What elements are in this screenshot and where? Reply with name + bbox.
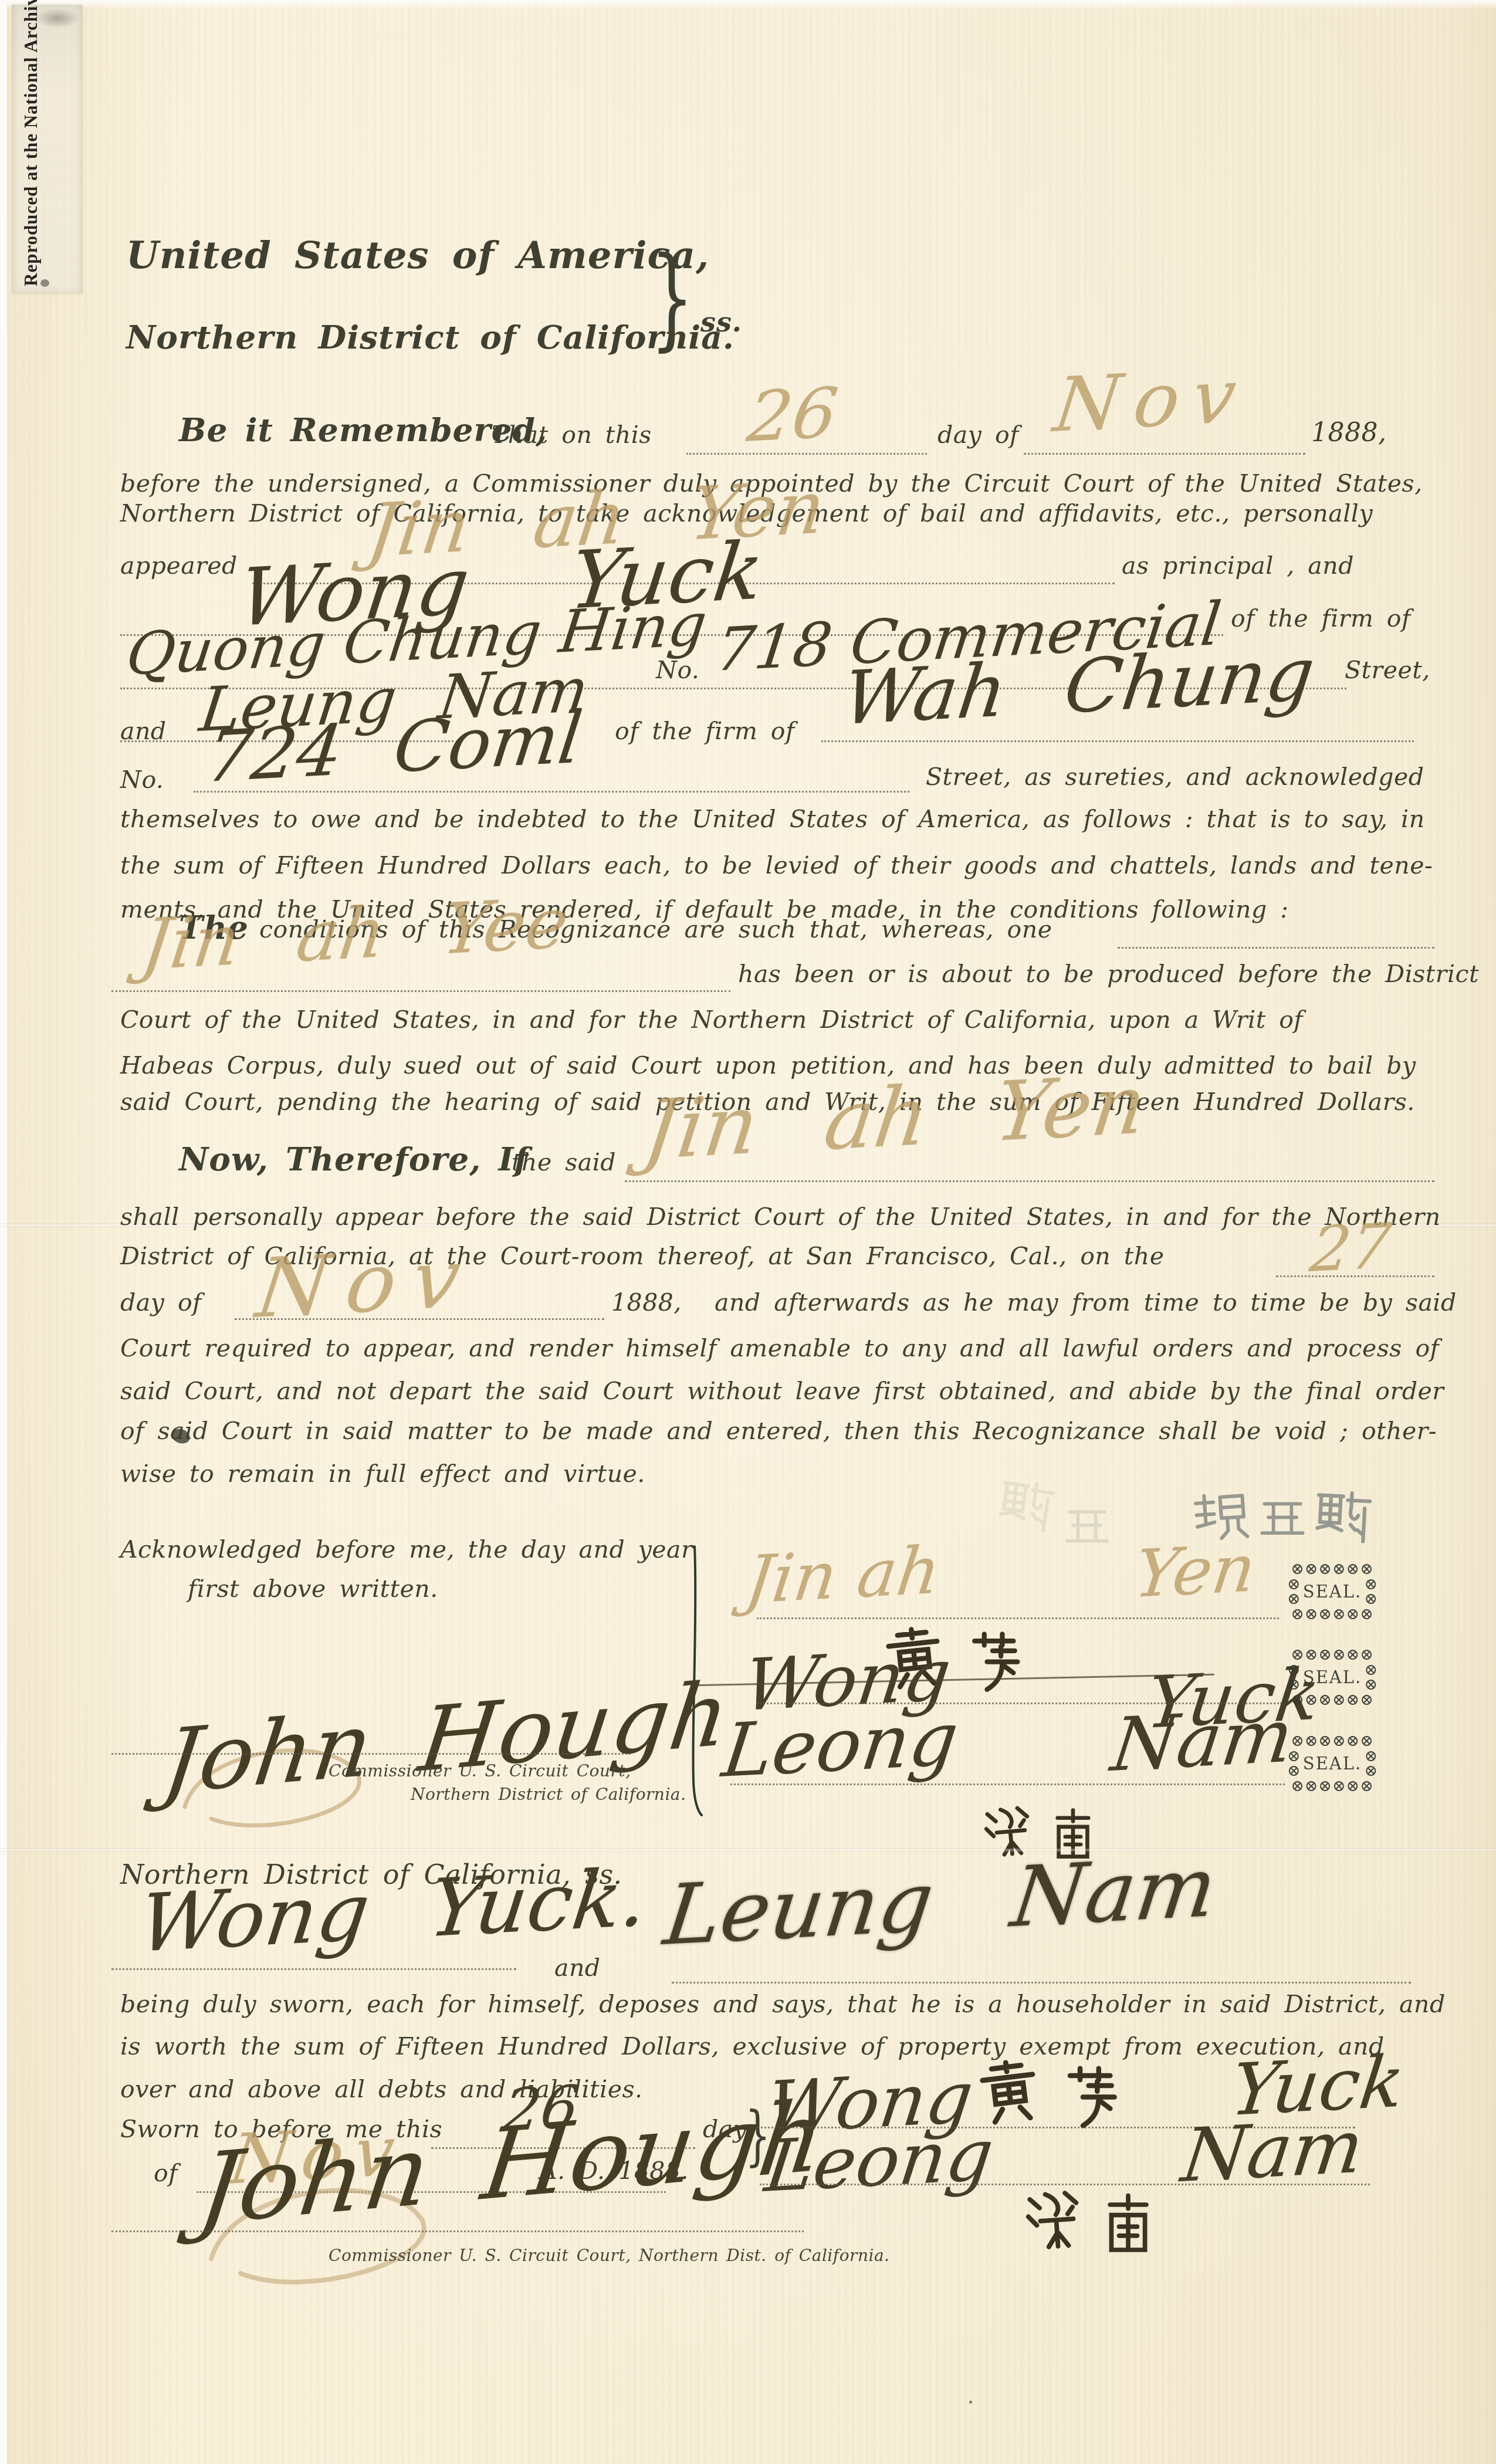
signature-line [111,1753,631,1755]
handwritten-firm2-name: Wah Chung [839,638,1318,736]
seal-ornament-row: ⊗⊗⊗⊗⊗⊗ [1286,1647,1379,1662]
seal-ornament-row: ⊗⊗⊗⊗⊗⊗ [1286,1693,1379,1707]
obligation-line4-rest: and afterwards as he may from time to ti… [715,1288,1457,1316]
conditions-line3: Court of the United States, in and for t… [120,1006,1303,1034]
chinese-character-ink [1020,2184,1090,2254]
obligation-the-said: the said [512,1148,616,1176]
obligation-line5: Court required to appear, and render him… [120,1334,1439,1362]
scanned-document-page: Reproduced at the National Archives at S… [0,0,1496,2464]
seal-ornament-row: ⊗⊗⊗⊗⊗⊗ [1286,1562,1379,1576]
archive-tape-strip: Reproduced at the National Archives at S… [12,5,82,293]
recital-year: 1888, [1311,418,1386,448]
recital-street2: Street, as sureties, and acknowledged [926,763,1424,791]
blank-line [1118,947,1434,949]
affidavit-name1: Wong Yuck. [135,1858,652,1964]
commissioner-caption-line1: Commissioner U. S. Circuit Court, [329,1761,631,1781]
signature-line [111,2231,804,2232]
header-ss: ss. [700,306,742,338]
seal-ornament: ⊗ [1287,1677,1301,1692]
conditions-line4: Habeas Corpus, duly sued out of said Cou… [120,1051,1416,1079]
seal-ornament-row: ⊗⊗⊗⊗⊗⊗ [1286,1779,1379,1793]
signature-line [672,1982,1411,1984]
obligation-line8: wise to remain in full effect and virtue… [120,1460,645,1488]
seal-label: SEAL. [1303,1754,1362,1773]
seal-ornament-row: ⊗⊗⊗⊗⊗⊗ [1286,1607,1379,1622]
signature-surety2-last: Nam [1108,1699,1297,1782]
header-line1: United States of America, [126,233,709,277]
commissioner-caption-bottom: Commissioner U. S. Circuit Court, Northe… [329,2246,890,2265]
tape-hole [40,279,49,287]
bottom-signature-surety2-first: Leong [761,2119,997,2202]
recital-of-the-firm-of-1: of the firm of [1231,604,1411,632]
affidavit-name2: Leung Nam [660,1846,1221,1958]
blank-line [111,990,730,992]
commissioner-signature-2: John Hough [194,2087,830,2239]
blank-line [194,791,909,793]
seal-stamp-3: ⊗⊗⊗⊗⊗⊗ ⊗⊗SEAL.⊗⊗ ⊗⊗⊗⊗⊗⊗ [1286,1734,1379,1793]
obligation-year: 1888, [611,1288,682,1316]
faint-pencil-mark [993,1470,1060,1542]
signature-surety2-first: Leong [719,1702,962,1788]
signature-line [757,1617,1279,1619]
seal-ornament: ⊗ [1364,1592,1377,1606]
obligation-lead: Now, Therefore, If [179,1140,529,1178]
recital-no2: No. [120,766,164,794]
archive-label: Reproduced at the National Archives at S… [21,11,46,286]
seal-ornament: ⊗ [1364,1677,1377,1692]
ack-line2: first above written. [188,1575,438,1603]
obligation-line2: shall personally appear before the said … [120,1203,1441,1231]
paper-speck [969,2401,972,2404]
recital-of-the-firm-of-2: of the firm of [615,717,795,745]
header-line2: Northern District of California. [126,318,735,356]
recital-day-of: day of [937,421,1019,449]
seal-label: SEAL. [1303,1667,1362,1687]
signature-principal-first: Jin ah [742,1538,944,1613]
handwritten-month: Nov [1050,358,1253,444]
fold-crease [0,1848,1496,1852]
handwritten-firm2-address: 724 Coml [202,703,585,793]
blank-line [821,740,1414,742]
obligation-line6: said Court, and not depart the said Cour… [120,1377,1444,1405]
seal-stamp-1: ⊗⊗⊗⊗⊗⊗ ⊗⊗SEAL.⊗⊗ ⊗⊗⊗⊗⊗⊗ [1286,1562,1379,1622]
commissioner-caption-line2: Northern District of California. [411,1785,686,1804]
chinese-character-ink [962,1629,1031,1698]
recital-no1: No. [656,656,699,684]
obligation-line7: of said Court in said matter to be made … [120,1417,1437,1445]
ack-line1: Acknowledged before me, the day and year [120,1535,693,1563]
header-brace: } [650,228,694,367]
signature-principal-last: Yen [1131,1536,1259,1607]
blank-line [625,1180,1434,1182]
chinese-character-ink [1057,2063,1129,2134]
chinese-character-ink [1096,2192,1160,2256]
seal-ornament: ⊗ [1364,1764,1377,1778]
recital-street1: Street, [1345,656,1430,684]
seal-ornament-row: ⊗⊗⊗⊗⊗⊗ [1286,1734,1379,1748]
handwritten-principal-name-3: Jin ah Yen [639,1064,1150,1172]
seal-label: SEAL. [1303,1582,1362,1602]
handwritten-principal-name-2: Jin ah Yee [138,888,572,981]
obligation-day-of: day of [120,1288,202,1316]
recital-as-principal: as principal , and [1122,551,1354,580]
recital-that-on-this: That on this [492,421,652,449]
affidavit-line1: being duly sworn, each for himself, depo… [120,1990,1446,2018]
blank-line [1024,453,1305,455]
affidavit-line2: is worth the sum of Fifteen Hundred Doll… [120,2032,1385,2060]
handwritten-day-2: 27 [1307,1215,1395,1281]
affidavit-and: and [554,1954,601,1982]
bottom-signature-surety2-last: Nam [1178,2110,1368,2193]
conditions-line2: has been or is about to be produced befo… [738,960,1479,988]
faint-pencil-mark [1059,1502,1115,1558]
recital-line10: the sum of Fifteen Hundred Dollars each,… [120,851,1433,879]
affidavit-of: of [154,2159,178,2187]
handwritten-month-2: Nov [252,1237,481,1331]
signature-line [111,1968,516,1970]
seal-ornament: ⊗ [1287,1592,1301,1606]
chinese-character-pencil [1311,1485,1375,1549]
seal-stamp-2: ⊗⊗⊗⊗⊗⊗ ⊗⊗SEAL.⊗⊗ ⊗⊗⊗⊗⊗⊗ [1286,1647,1379,1707]
handwritten-day: 26 [744,378,841,452]
recital-line9: themselves to owe and be indebted to the… [120,805,1425,833]
chinese-character-pencil [1254,1494,1311,1550]
seal-ornament: ⊗ [1287,1764,1301,1778]
signature-line [730,1783,1285,1785]
scanner-edge [0,0,7,2464]
recital-appeared: appeared [120,551,238,580]
